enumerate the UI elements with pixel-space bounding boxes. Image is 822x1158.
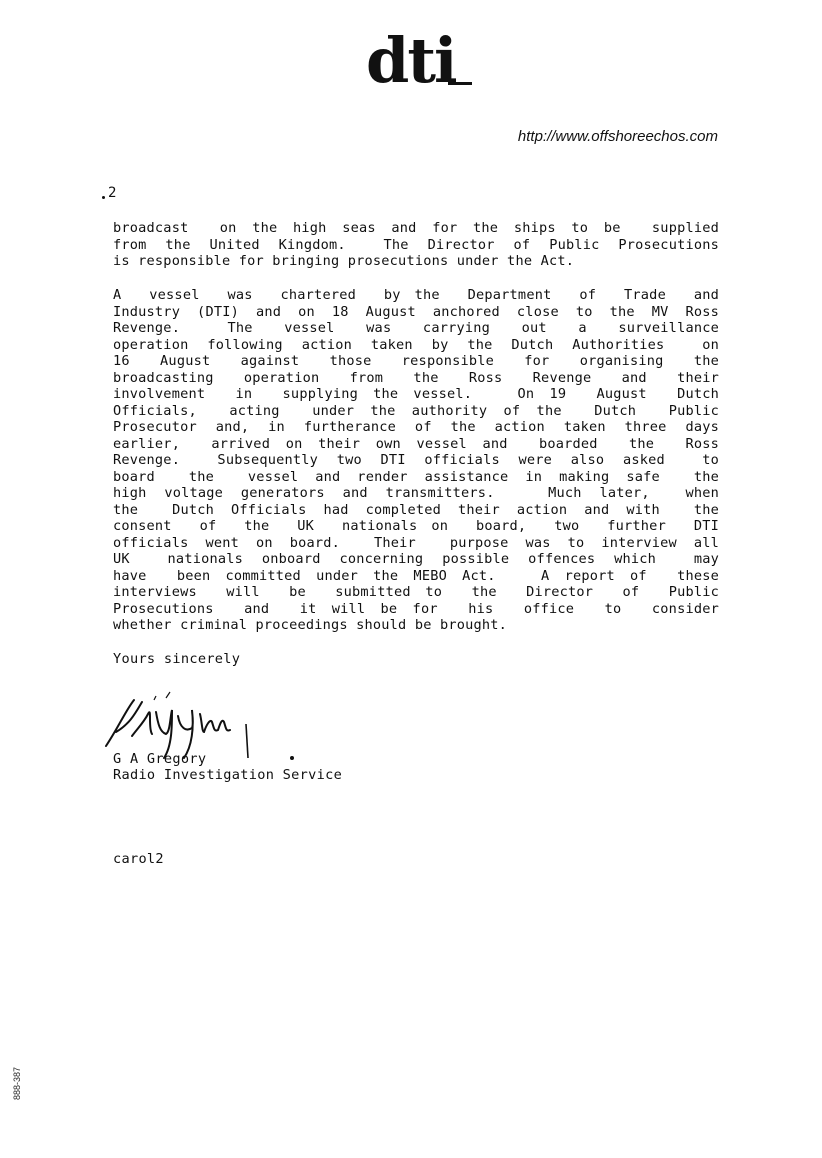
signer-title: Radio Investigation Service (113, 767, 342, 783)
page-dot (102, 196, 105, 199)
text-line: involvement in supplying the vessel. On … (113, 386, 719, 403)
signer-name: G A Gregory (113, 751, 206, 767)
text-line: operation following action taken by the … (113, 337, 719, 354)
text-line: Industry (DTI) and on 18 August anchored… (113, 304, 719, 321)
text-line: Prosecutions and it will be for his offi… (113, 601, 719, 618)
text-line: board the vessel and render assistance i… (113, 469, 719, 486)
text-line: broadcasting operation from the Ross Rev… (113, 370, 719, 387)
document-id: 888-387 (12, 1067, 22, 1100)
text-line: from the United Kingdom. The Director of… (113, 237, 719, 254)
logo-text: dti (366, 30, 456, 92)
logo-underline (448, 82, 472, 85)
text-line: Prosecutor and, in furtherance of the ac… (113, 419, 719, 436)
text-line: high voltage generators and transmitters… (113, 485, 719, 502)
text-line: have been committed under the MEBO Act. … (113, 568, 719, 585)
website-url[interactable]: http://www.offshoreechos.com (518, 128, 718, 145)
page-number: 2 (108, 185, 116, 201)
signature-dot (290, 756, 294, 760)
text-line: consent of the UK nationals on board, tw… (113, 518, 719, 535)
closing-salutation: Yours sincerely (113, 651, 240, 667)
text-line: Revenge. The vessel was carrying out a s… (113, 320, 719, 337)
text-line: 16 August against those responsible for … (113, 353, 719, 370)
text-line: broadcast on the high seas and for the s… (113, 220, 719, 237)
text-line: A vessel was chartered by the Department… (113, 287, 719, 304)
paragraph-1: broadcast on the high seas and for the s… (113, 220, 719, 270)
text-line: is responsible for bringing prosecutions… (113, 253, 719, 270)
text-line: Officials, acting under the authority of… (113, 403, 719, 420)
text-line: interviews will be submitted to the Dire… (113, 584, 719, 601)
paragraph-2: A vessel was chartered by the Department… (113, 287, 719, 634)
text-line: whether criminal proceedings should be b… (113, 617, 719, 634)
text-line: the Dutch Officials had completed their … (113, 502, 719, 519)
reference-code: carol2 (113, 851, 164, 867)
text-line: UK nationals onboard concerning possible… (113, 551, 719, 568)
text-line: Revenge. Subsequently two DTI officials … (113, 452, 719, 469)
text-line: officials went on board. Their purpose w… (113, 535, 719, 552)
text-line: earlier, arrived on their own vessel and… (113, 436, 719, 453)
